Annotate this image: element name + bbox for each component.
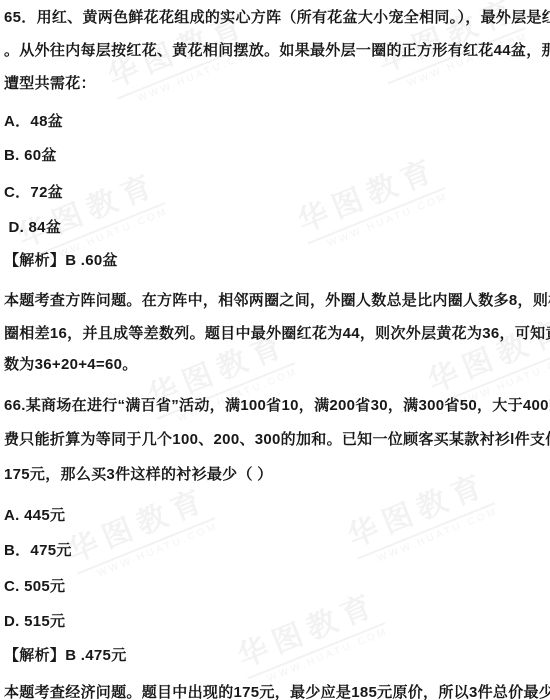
q66-answer: 【解析】B .475元 bbox=[4, 646, 127, 666]
watermark-cn-text: 华图教育 bbox=[340, 460, 495, 560]
q66-stem-line-3: 175元，那么买3件这样的衬衫最少（ ） bbox=[4, 465, 273, 485]
q66-option-b: B．475元 bbox=[4, 541, 72, 561]
watermark-en-text: WWW.HUATU.COM bbox=[359, 506, 500, 572]
watermark-cn-text: 华图教育 bbox=[420, 305, 550, 405]
watermark-cn-text: 华图教育 bbox=[60, 475, 215, 575]
q66-option-d: D. 515元 bbox=[4, 612, 65, 632]
q65-option-b: B. 60盆 bbox=[4, 146, 57, 166]
q65-option-a: A．48盆 bbox=[4, 112, 63, 132]
q65-option-d: D. 84盆 bbox=[4, 218, 61, 238]
q66-stem-line-1: 66.某商场在进行“满百省”活动，满100省10，满200省30，满300省50… bbox=[4, 396, 550, 416]
watermark-en-text: WWW.HUATU.COM bbox=[79, 521, 220, 587]
watermark-en-text: WWW.HUATU.COM bbox=[249, 626, 390, 692]
q66-explanation-line-1: 本题考查经济问题。题目中出现的175元，最少应是185元原价，所以3件总价最少应… bbox=[4, 683, 550, 700]
q65-explanation-line-3: 数为36+20+4=60。 bbox=[4, 355, 138, 375]
q65-explanation-line-1: 本题考查方阵问题。在方阵中，相邻两圈之间，外圈人数总是比内圈人数多8，则相隔一 bbox=[4, 291, 550, 311]
q65-explanation-line-2: 圈相差16，并且成等差数列。题目中最外圈红花为44，则次外层黄花为36，可知黄花… bbox=[4, 324, 550, 344]
watermark: 华图教育WWW.HUATU.COM bbox=[60, 475, 220, 587]
watermark: 华图教育WWW.HUATU.COM bbox=[290, 145, 450, 257]
document-page: 华图教育WWW.HUATU.COM华图教育WWW.HUATU.COM华图教育WW… bbox=[0, 0, 550, 700]
q65-stem-line-2: 。从外往内每层按红花、黄花相间摆放。如果最外层一圈的正方形有红花44盆，那么完成 bbox=[4, 41, 550, 61]
q65-answer: 【解析】B .60盆 bbox=[4, 251, 118, 271]
watermark-cn-text: 华图教育 bbox=[290, 145, 445, 245]
watermark-cn-text: 华图教育 bbox=[10, 160, 165, 260]
q66-stem-line-2: 费只能折算为等同于几个100、200、300的加和。已知一位顾客买某款衬衫l件支… bbox=[4, 430, 550, 450]
q65-stem-line-1: 65．用红、黄两色鲜花花组成的实心方阵（所有花盆大小宠全相同。），最外层是红花， bbox=[4, 8, 550, 28]
q65-stem-line-3: 遭型共需花： bbox=[4, 74, 96, 94]
watermark-cn-text: 华图教育 bbox=[230, 580, 385, 680]
q66-option-a: A. 445元 bbox=[4, 506, 65, 526]
q65-option-c: C．72盆 bbox=[4, 183, 63, 203]
q66-option-c: C. 505元 bbox=[4, 577, 65, 597]
watermark: 华图教育WWW.HUATU.COM bbox=[340, 460, 500, 572]
watermark: 华图教育WWW.HUATU.COM bbox=[230, 580, 390, 692]
watermark-en-text: WWW.HUATU.COM bbox=[309, 191, 450, 257]
